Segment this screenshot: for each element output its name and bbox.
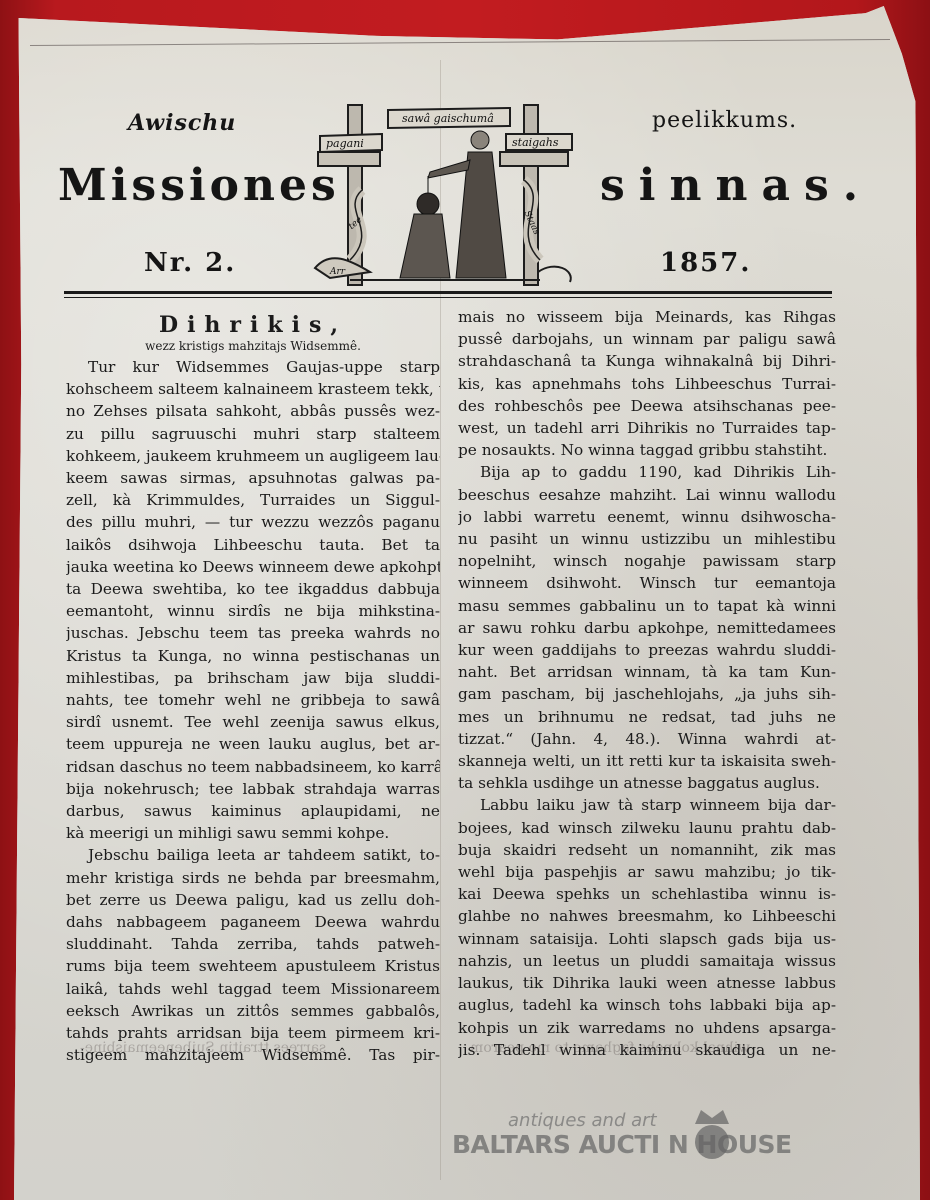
masthead-top-left: Awischu [128, 110, 236, 136]
article-line: pe nosaukts. No winna taggad gribbu stah… [458, 439, 836, 461]
article-line: masu semmes gabbalinu un to tapat kà win… [458, 595, 836, 617]
issue-year: 1857. [660, 248, 751, 278]
article-line: kai Deewa spehks un schehlastiba winnu i… [458, 883, 836, 905]
article-line: no Zehses pilsata sahkoht, abbâs pussês … [66, 400, 440, 422]
article-line: laikâ, tahds wehl taggad teem Missionare… [66, 978, 440, 1000]
article-line: Kristus ta Kunga, no winna pestischanas … [66, 645, 440, 667]
article-line: Labbu laiku jaw tà starp winneem bija da… [458, 794, 836, 816]
article-line: auglus, tadehl ka winsch tohs labbaki bi… [458, 994, 836, 1016]
article-line: nahzis, un leetus un pluddi samaitaja wi… [458, 950, 836, 972]
article-line: strahdaschanâ ta Kunga wihnakalnâ bij Di… [458, 350, 836, 372]
article-line: sluddinaht. Tahda zerriba, tahds patweh- [66, 933, 440, 955]
article-line: kohkeem, jaukeem kruhmeem un augligeem l… [66, 445, 440, 467]
article-line: ridsan daschus no teem nabbadsineem, ko … [66, 756, 440, 778]
crown-logo-icon [687, 1102, 737, 1162]
masthead-title-right: sinnas. [600, 160, 872, 211]
article-line: juschas. Jebschu teem tas preeka wahrds … [66, 622, 440, 644]
article-line: naht. Bet arridsan winnam, tà ka tam Kun… [458, 661, 836, 683]
article-line: tizzat.“ (Jahn. 4, 48.). Winna wahrdi at… [458, 728, 836, 750]
article-line: skanneja welti, un itt retti kur ta iska… [458, 750, 836, 772]
watermark-tagline: antiques and art [508, 1110, 657, 1131]
watermark-name: BALTARS AUCTI N HOUSE [452, 1130, 792, 1159]
article-line: darbus, sawus kaiminus aplaupidami, ne [66, 800, 440, 822]
article-line: zu pillu sagruuschi muhri starp stalteem [66, 423, 440, 445]
article-line: mihlestibas, pa brihscham jaw bija sludd… [66, 667, 440, 689]
article-line: kà meerigi un mihligi sawu semmi kohpe. [66, 822, 440, 844]
svg-text:Arr: Arr [329, 267, 346, 277]
article-line: kohscheem salteem kalnaineem krasteem te… [66, 378, 440, 400]
article-line: keem sawas sirmas, apsuhnotas galwas pa- [66, 467, 440, 489]
article-line: buja skaidri redseht un nomanniht, zik m… [458, 839, 836, 861]
article-line: mehr kristiga sirds ne behda par breesma… [66, 867, 440, 889]
auction-house-watermark: antiques and art BALTARS AUCTI N HOUSE [452, 1110, 852, 1170]
svg-text:sawâ gaischumâ: sawâ gaischumâ [402, 112, 494, 125]
article-line: dahs nabbageem paganeem Deewa wahrdu [66, 911, 440, 933]
article-line: des pillu muhri, — tur wezzu wezzôs paga… [66, 511, 440, 533]
article-title: Dihrikis, [66, 312, 440, 338]
article-line: gam pascham, bij jaschehlojahs, „ja juhs… [458, 683, 836, 705]
article-line: bojees, kad winsch zilweku launu prahtu … [458, 817, 836, 839]
article-line: des rohbeschôs pee Deewa atsihschanas pe… [458, 395, 836, 417]
article-line: west, un tadehl arri Dihrikis no Turraid… [458, 417, 836, 439]
bleed-through-text: sarrees ttraitin Suibeneemaisbine- [80, 1040, 326, 1056]
article-line: zell, kà Krimmuldes, Turraides un Siggul… [66, 489, 440, 511]
article-line: laikôs dsihwoja Lihbeeschu tauta. Bet ta [66, 534, 440, 556]
article-line: rums bija teem swehteem apustuleem Krist… [66, 955, 440, 977]
article-line: bija nokehrusch; tee labbak strahdaja wa… [66, 778, 440, 800]
article-line: winneem dsihwoht. Winsch tur eemantoja [458, 572, 836, 594]
article-line: laukus, tik Dihrika lauki ween atnesse l… [458, 972, 836, 994]
article-line: glahbe no nahwes breesmahm, ko Lihbeesch… [458, 905, 836, 927]
article-column-right: mais no wisseem bija Meinards, kas Rihga… [458, 306, 836, 1061]
article-line: ar sawu rohku darbu apkohpe, nemittedame… [458, 617, 836, 639]
issue-number: Nr. 2. [144, 248, 236, 278]
article-line: nopelniht, winsch nogahje pawissam starp [458, 550, 836, 572]
missionary-woodcut-illustration: sawâ gaischumâ pagani staigahs tee Staas… [310, 100, 580, 290]
svg-text:staigahs: staigahs [512, 136, 559, 149]
article-line: wehl bija paspehjis ar sawu mahzibu; jo … [458, 861, 836, 883]
masthead-top-right: peelikkums. [652, 108, 797, 133]
article-line: pussê darbojahs, un winnam par paligu sa… [458, 328, 836, 350]
article-line: ta sehkla usdihge un atnesse baggatus au… [458, 772, 836, 794]
article-line: Bija ap to gaddu 1190, kad Dihrikis Lih- [458, 461, 836, 483]
article-line: mais no wisseem bija Meinards, kas Rihga… [458, 306, 836, 328]
article-line: nu pasiht un winnu ustizzibu un mihlesti… [458, 528, 836, 550]
article-line: eemantoht, winnu sirdîs ne bija mihkstin… [66, 600, 440, 622]
article-line: ta Deewa swehtiba, ko tee ikgaddus dabbu… [66, 578, 440, 600]
article-line: beeschus eesahze mahziht. Lai winnu wall… [458, 484, 836, 506]
masthead-rule-thick [64, 291, 832, 294]
article-line: jo labbi warretu eenemt, winnu dsihwosch… [458, 506, 836, 528]
article-line: Jebschu bailiga leeta ar tahdeem satikt,… [66, 844, 440, 866]
article-line: kohpis un zik warredams no uhdens apsarg… [458, 1017, 836, 1039]
svg-text:pagani: pagani [326, 137, 364, 150]
article-column-left: Dihrikis, wezz kristigs mahzitajs Widsem… [66, 312, 440, 1067]
article-line: kur ween gaddijahs to preezas wahrdu slu… [458, 639, 836, 661]
article-subtitle: wezz kristigs mahzitajs Widsemmê. [66, 338, 440, 354]
article-line: sirdî usnemt. Tee wehl zeenija sawus elk… [66, 711, 440, 733]
article-line: teem uppureja ne ween lauku auglus, bet … [66, 733, 440, 755]
article-line: bet zerre us Deewa paligu, kad us zellu … [66, 889, 440, 911]
bleed-through-text: wihnal kohpehs faghame to mo pearom [470, 1040, 750, 1056]
article-line: winnam sataisija. Lohti slapsch gads bij… [458, 928, 836, 950]
article-line: nahts, tee tomehr wehl ne gribbeja to sa… [66, 689, 440, 711]
article-line: kis, kas apnehmahs tohs Lihbeeschus Turr… [458, 373, 836, 395]
article-line: eeksch Awrikas un zittôs semmes gabbalôs… [66, 1000, 440, 1022]
masthead-rule-thin [64, 297, 832, 298]
masthead-title-left: Missiones [58, 160, 340, 211]
article-line: jauka weetina ko Deews winneem dewe apko… [66, 556, 440, 578]
article-line: Tur kur Widsemmes Gaujas-uppe starp [66, 356, 440, 378]
article-line: mes un brihnumu ne redsat, tad juhs ne [458, 706, 836, 728]
